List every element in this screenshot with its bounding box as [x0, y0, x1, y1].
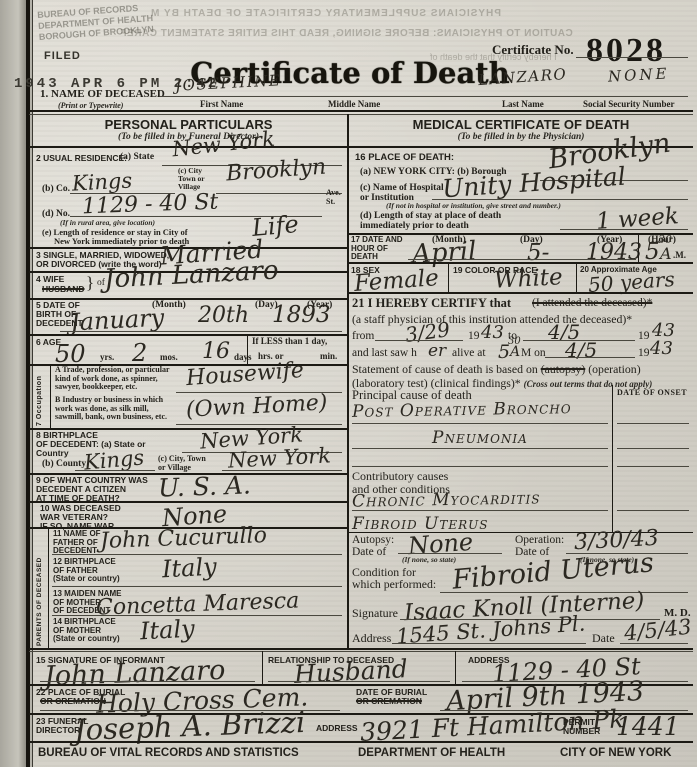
label-line: Contributory causes [352, 470, 450, 483]
residence-city-label: (c) City Town or Village [178, 167, 205, 191]
middle-name-label: Middle Name [328, 99, 380, 109]
physician-address-label: Address [352, 631, 391, 646]
attended-struck: (I attended the deceased)* [532, 297, 652, 309]
write-line [60, 331, 342, 332]
principal-cause-value-1: Post Operative Broncho [352, 398, 572, 422]
label-line: immediately prior to death [360, 221, 501, 231]
wife-label: 4 WIFE [36, 274, 64, 284]
autopsy-struck: (autopsy) [541, 362, 586, 376]
industry-label: B Industry or business in which work was… [55, 396, 167, 422]
label-line: Autopsy: [352, 535, 394, 547]
citizenship-value: U. S. A. [158, 470, 252, 502]
onset-line [617, 448, 689, 449]
burial-or-cremation-struck: OR CREMATION [356, 696, 422, 706]
length-of-stay-label: (d) Length of stay at place of death imm… [360, 211, 501, 231]
if-none-hint: (If none, so state) [402, 555, 456, 564]
parents-vertical-label: PARENTS OF DECEASED [36, 530, 43, 646]
days-label: days [234, 352, 252, 362]
write-line [408, 259, 636, 260]
label-line: or Village [158, 464, 206, 473]
residence-county-value: Kings [71, 168, 132, 195]
death-certificate-scan: PHYSICIANS SUPPLEMENTARY CERTIFICATE OF … [0, 0, 697, 767]
m-label: .M. [673, 250, 686, 260]
label-line: DEATH [351, 253, 403, 262]
birthplace-city-label: (c) City, Town or Village [158, 455, 206, 472]
age-divider [247, 334, 248, 364]
bottom-section-rule [29, 648, 693, 650]
ave-st-label: Ave. St. [326, 188, 341, 206]
date-of-onset-label: DATE OF ONSET [617, 388, 687, 397]
label-line: NUMBER [563, 727, 600, 736]
from-19: 19 [468, 330, 480, 342]
write-line [216, 193, 342, 194]
ssn-value: None [608, 64, 670, 85]
column-divider [347, 114, 349, 650]
race-age-divider [576, 262, 577, 292]
funeral-address-label: ADDRESS [316, 723, 358, 733]
min-label: min. [320, 351, 337, 361]
last-saw-label: and last saw h [352, 347, 417, 359]
row-rule [349, 262, 693, 264]
label-line: (d) Length of stay at place of death [360, 211, 501, 221]
husband-label-struck: HUSBAND [42, 284, 85, 294]
bleedthrough-text: PHYSICIANS SUPPLEMENTARY CERTIFICATE OF … [150, 8, 501, 19]
write-line [352, 448, 608, 449]
principal-cause-value-2: Pneumonia [432, 428, 528, 448]
sex-race-divider [448, 262, 449, 292]
write-line [620, 643, 688, 644]
label-line: St. [326, 197, 341, 206]
father-birthplace-label: 12 BIRTHPLACE OF FATHER (State or countr… [53, 558, 120, 584]
certificate-number-label: Certificate No. [492, 42, 574, 58]
write-line [352, 466, 608, 467]
onset-line [617, 510, 689, 511]
contributory-value-1: Chronic Myocarditis [352, 488, 541, 511]
citizenship-label: 9 OF WHAT COUNTRY WAS DECEDENT A CITIZEN… [36, 476, 148, 503]
lastsaw-year-value: 43 [650, 338, 673, 359]
onset-line [617, 423, 689, 424]
permit-number-value: 1441 [616, 712, 680, 741]
last-hour-am: A [510, 344, 520, 360]
father-name-label: 11 NAME OF FATHER OF DECEDENT [53, 530, 101, 556]
write-line [432, 199, 688, 200]
mother-birthplace-label: 14 BIRTHPLACE OF MOTHER (State or countr… [53, 618, 120, 644]
brace-glyph: } [86, 273, 94, 293]
hospital-hint: (If not in hospital or institution, give… [386, 201, 561, 210]
physician-signature-label: Signature [352, 606, 398, 621]
label-line: sawmill, bank, own business, etc. [55, 413, 167, 422]
certificate-number-line [576, 57, 688, 58]
first-name-label: First Name [200, 99, 243, 109]
place-of-death-label: 16 PLACE OF DEATH: [355, 152, 454, 163]
ssn-label: Social Security Number [583, 99, 675, 109]
onset-column-divider [612, 385, 613, 532]
m-on-label: M on [521, 347, 546, 359]
mos-label: mos. [160, 352, 178, 362]
statement-line-1: Statement of cause of death is based on … [352, 362, 641, 377]
footer-bureau: BUREAU OF VITAL RECORDS AND STATISTICS [38, 747, 299, 759]
write-line [52, 586, 342, 587]
her-value: er [428, 341, 446, 361]
write-line [75, 470, 155, 471]
rural-hint: (If in rural area, give location) [60, 218, 155, 227]
onset-line [617, 466, 689, 467]
birthplace-county-label: (b) County [42, 459, 86, 469]
informant-divider [262, 651, 263, 684]
header-rule-2 [29, 114, 693, 115]
last-saw-date-value: 4/5 [565, 338, 597, 362]
occupation-vertical-label: 7 Occupation [36, 368, 43, 426]
residence-county-label: (b) Co. [42, 184, 70, 194]
operation-option: (operation) [588, 362, 640, 376]
adjacent-page-edge [0, 0, 26, 767]
age-days-value: 16 [202, 339, 230, 364]
age-months-value: 2 [132, 339, 147, 367]
write-line [40, 681, 255, 682]
trade-label: A Trade, profession, or particular kind … [55, 366, 170, 392]
write-line [352, 510, 608, 511]
condition-label: Condition for which performed: [352, 566, 436, 590]
certify-label: 21 I HEREBY CERTIFY that [352, 296, 511, 311]
footer-department: DEPARTMENT OF HEALTH [358, 747, 505, 759]
birth-day-value: 20th [198, 303, 249, 328]
label-line: sawyer, bookkeeper, etc. [55, 383, 170, 392]
name-write-line [160, 96, 688, 97]
write-line [352, 423, 608, 424]
residence-label: 2 USUAL RESIDENCE: [36, 153, 127, 163]
medical-certificate-title: MEDICAL CERTIFICATE OF DEATH [349, 117, 693, 132]
bottom-section-rule-2 [29, 651, 693, 652]
physician-date-label: Date [592, 631, 615, 646]
label-line: Ave. [326, 188, 341, 197]
parents-box-divider [48, 527, 49, 648]
last-name-label: Last Name [502, 99, 544, 109]
birth-year-value: 1893 [272, 302, 331, 328]
write-line [545, 357, 635, 358]
row-rule [349, 292, 693, 294]
alive-at-label: alive at [452, 347, 486, 359]
footer-city: CITY OF NEW YORK [560, 747, 671, 759]
write-line [375, 340, 463, 341]
mother-birthplace-value: Italy [139, 615, 195, 646]
yrs-label: yrs. [100, 352, 114, 362]
occupation-box-divider [50, 364, 51, 428]
race-value: White [493, 264, 563, 294]
hour-divider [638, 233, 639, 262]
print-or-typewrite-hint: (Print or Typewrite) [58, 101, 123, 110]
residence-state-label: (a) State [120, 152, 154, 162]
lastsaw-19: 19 [638, 347, 650, 359]
to-19: 19 [638, 330, 650, 342]
label-line: (c) Name of Hospital [360, 183, 444, 193]
label-line: Date of [352, 547, 394, 559]
name-of-deceased-label: 1. NAME OF DECEASED [40, 88, 165, 100]
father-birthplace-value: Italy [161, 553, 217, 584]
header-rule [29, 110, 693, 112]
bleedthrough-text: CAUTION TO PHYSICIANS: BEFORE SIGNING, R… [120, 28, 573, 39]
label-line: (State or country) [53, 575, 120, 584]
residence-number-value: 1129 - 40 St [82, 190, 219, 220]
write-line [398, 553, 502, 554]
personal-particulars-title: PERSONAL PARTICULARS [30, 117, 347, 132]
filed-label: FILED [44, 50, 81, 62]
footer-rule [29, 741, 693, 743]
write-line [560, 229, 688, 230]
from-year-value: 43 [481, 322, 504, 343]
from-label: from [352, 330, 374, 342]
write-line [392, 643, 586, 644]
label-line: which performed: [352, 578, 436, 590]
permit-number-label: PERMIT NUMBER [563, 718, 600, 736]
date-hour-death-label: 17 DATE AND HOUR OF DEATH [351, 236, 403, 262]
autopsy-label: Autopsy: Date of [352, 535, 394, 558]
statement-text: Statement of cause of death is based on [352, 362, 538, 376]
hospital-label: (c) Name of Hospital or Institution [360, 183, 444, 203]
label-line: Operation: [515, 535, 564, 547]
death-hour-am: A [660, 244, 672, 263]
informant-address-divider [455, 651, 456, 684]
label-line: (State or country) [53, 635, 120, 644]
write-line [52, 615, 342, 616]
less-than-day-label: If LESS than 1 day, [252, 336, 327, 346]
